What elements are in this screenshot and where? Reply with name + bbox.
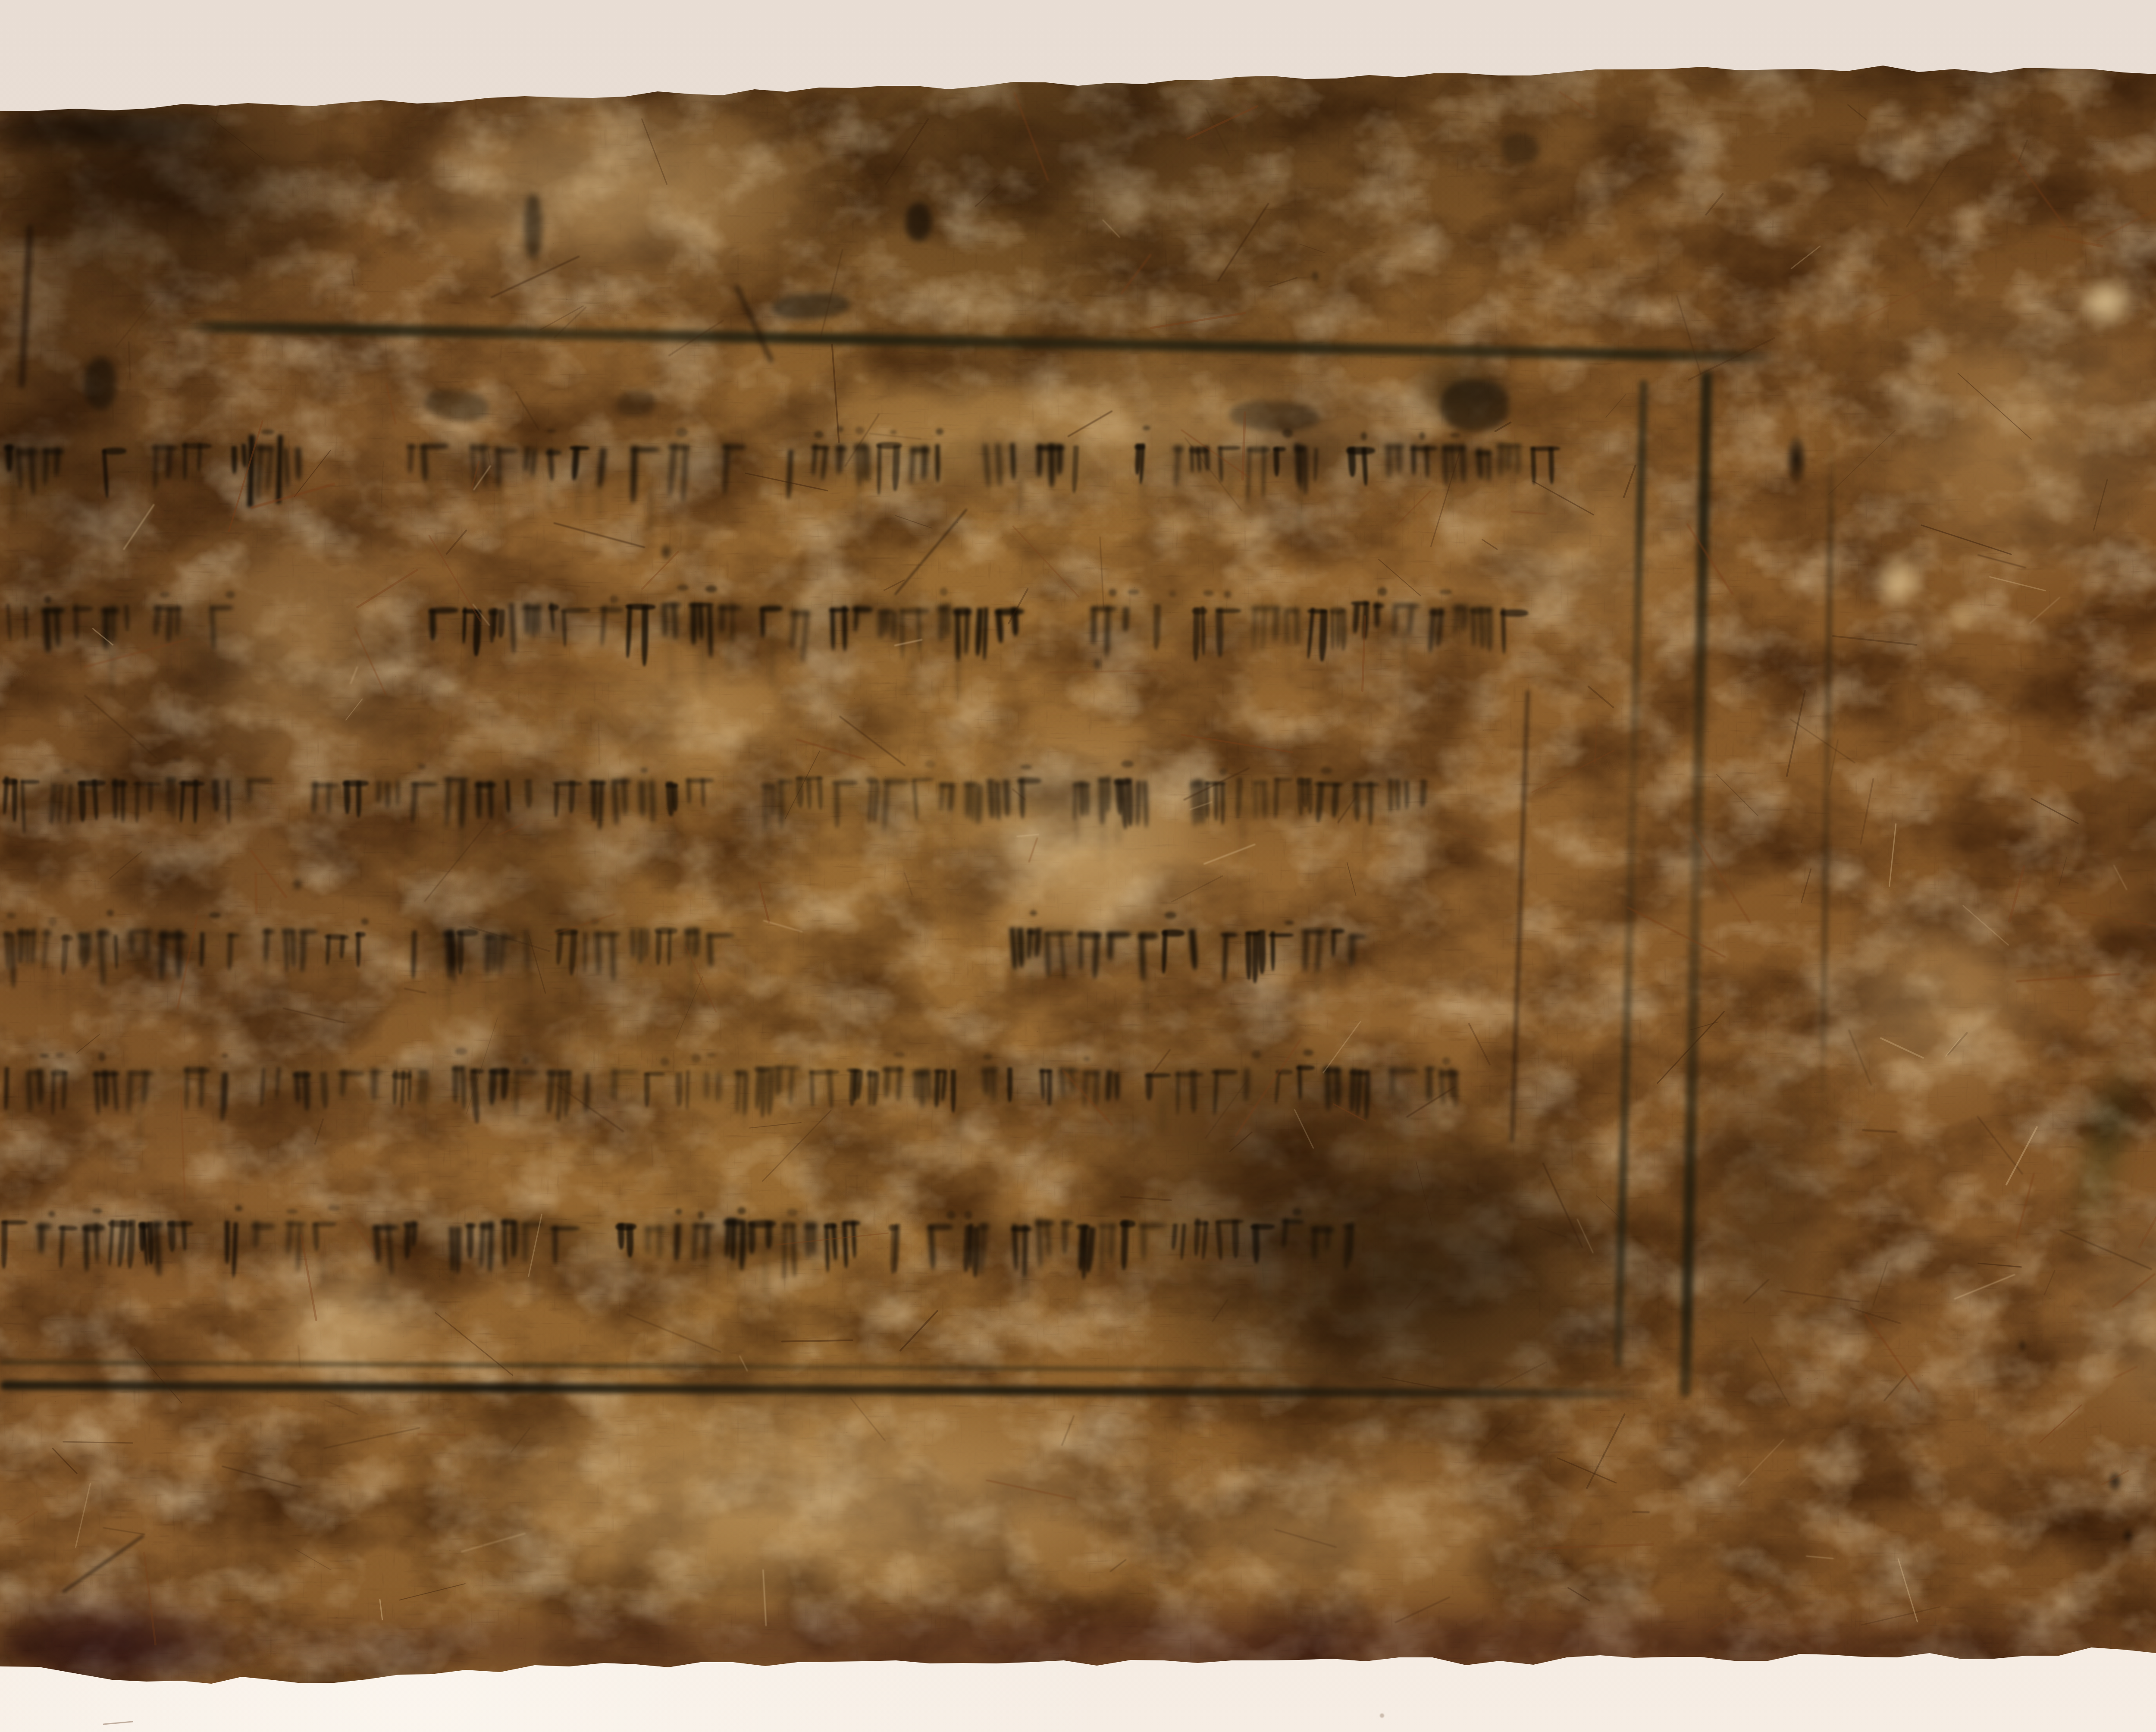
ink-headbar <box>97 929 110 937</box>
ink-descender <box>1333 637 1337 669</box>
ink-vowel-mark <box>92 1208 102 1214</box>
ink-headbar <box>108 1220 133 1227</box>
ink-headbar <box>1192 608 1207 615</box>
ink-descender <box>85 957 89 994</box>
ink-headbar <box>589 781 606 785</box>
ink-descender <box>563 1251 566 1304</box>
ink-vowel-mark <box>691 1054 701 1063</box>
ink-speck <box>2017 1339 2028 1352</box>
ink-headbar <box>1134 444 1145 450</box>
ink-headbar <box>748 1220 776 1228</box>
ink-headbar <box>877 610 894 614</box>
ink-descender <box>577 474 580 518</box>
ink-headbar <box>691 1223 715 1228</box>
ink-headbar <box>1500 609 1528 617</box>
ink-stroke <box>760 609 765 638</box>
ink-descender <box>224 1257 226 1315</box>
ink-headbar <box>796 776 823 781</box>
ink-headbar <box>2 778 18 785</box>
ink-descender <box>8 810 10 847</box>
ink-stroke <box>295 447 302 480</box>
ink-descender <box>957 1097 962 1139</box>
ink-smear-tail <box>403 459 759 518</box>
ink-descender <box>66 961 70 1017</box>
ink-descender <box>548 478 552 511</box>
ink-vowel-mark <box>107 910 114 916</box>
ink-descender <box>168 629 170 678</box>
ink-smear-tail <box>0 944 390 1003</box>
ink-descender <box>1332 480 1335 517</box>
ink-headbar <box>183 1067 210 1074</box>
ink-descender <box>649 484 652 532</box>
ink-headbar <box>293 1071 311 1079</box>
ink-vowel-mark <box>1321 767 1332 774</box>
ink-headbar <box>1011 1225 1031 1232</box>
ink-smear-tail <box>367 1236 906 1297</box>
ink-headbar <box>661 602 682 607</box>
ink-descender <box>198 468 201 520</box>
ink-headbar <box>1373 603 1384 608</box>
ink-vowel-mark <box>707 1053 715 1057</box>
ink-headbar <box>82 1224 105 1232</box>
ink-descender <box>447 965 450 1017</box>
ink-descender <box>1403 626 1407 678</box>
ink-descender <box>321 1248 325 1288</box>
ink-headbar <box>1076 1224 1090 1230</box>
ink-headbar <box>684 928 698 935</box>
ink-descender <box>179 1248 184 1285</box>
ink-headbar <box>644 1226 667 1231</box>
ink-stroke <box>37 1070 43 1105</box>
ink-descender <box>1511 468 1514 521</box>
ink-stroke <box>1294 608 1299 645</box>
ink-headbar <box>103 448 127 455</box>
ink-headbar <box>1268 933 1294 937</box>
ink-stroke <box>644 1073 650 1107</box>
light-patch <box>2076 274 2137 330</box>
script-line-3 <box>0 774 2156 837</box>
ink-descender <box>857 472 862 526</box>
ink-descender <box>470 637 473 684</box>
ink-vowel-mark <box>1169 591 1176 597</box>
ink-headbar <box>167 1221 194 1227</box>
ink-headbar <box>1349 1070 1368 1076</box>
ink-stroke <box>384 782 391 808</box>
ink-headbar <box>165 776 176 783</box>
ink-headbar <box>829 607 849 612</box>
ink-headbar <box>777 780 793 784</box>
ink-stroke <box>1245 932 1252 980</box>
stray-ink-mark <box>524 194 542 259</box>
ink-headbar <box>1216 608 1241 613</box>
ink-stroke <box>1091 607 1096 645</box>
ink-descender <box>284 964 287 998</box>
ink-headbar <box>1120 1220 1135 1227</box>
ink-descender <box>169 803 174 829</box>
ink-headbar <box>550 1226 580 1231</box>
ink-speck <box>1310 269 1320 283</box>
ink-vowel-mark <box>1128 589 1139 594</box>
ink-vowel-mark <box>610 595 618 603</box>
ink-descender <box>597 481 602 521</box>
ink-descender <box>1249 482 1252 526</box>
ink-headbar <box>882 779 909 784</box>
ink-headbar <box>1476 450 1492 456</box>
ink-headbar <box>721 444 746 451</box>
ink-descender <box>1070 1247 1074 1275</box>
ink-vowel-mark <box>676 428 688 436</box>
ink-descender <box>1263 1253 1267 1307</box>
ink-headbar <box>811 445 829 450</box>
ink-vowel-mark <box>328 1205 340 1211</box>
dust-speck <box>1380 1713 1384 1718</box>
ink-headbar <box>471 1069 484 1074</box>
ink-headbar <box>1 1220 27 1225</box>
ink-headbar <box>548 604 559 611</box>
ink-descender <box>567 811 572 835</box>
ink-headbar <box>1285 609 1299 613</box>
ink-stroke <box>467 1224 473 1259</box>
ink-headbar <box>789 610 810 617</box>
ink-descender <box>528 957 532 1011</box>
script-line-1 <box>0 440 2156 505</box>
ink-vowel-mark <box>1450 433 1460 438</box>
ink-headbar <box>1388 1067 1418 1074</box>
ink-headbar <box>42 448 64 455</box>
ink-descender <box>1365 813 1368 862</box>
ink-headbar <box>50 1070 67 1076</box>
ink-headbar <box>132 782 160 787</box>
ink-headbar <box>545 449 562 455</box>
ink-descender <box>421 1101 424 1147</box>
ink-descender <box>1339 953 1343 989</box>
ink-headbar <box>443 778 469 782</box>
ink-headbar <box>77 780 105 786</box>
ink-stroke <box>148 782 153 813</box>
ink-headbar <box>1162 929 1185 937</box>
ink-vowel-mark <box>705 585 717 593</box>
ink-headbar <box>1106 931 1131 938</box>
ink-headbar <box>501 1219 516 1225</box>
ink-descender <box>506 802 509 845</box>
ink-stroke <box>552 1225 558 1264</box>
ink-headbar <box>392 1072 411 1079</box>
ink-headbar <box>128 929 153 934</box>
ink-headbar <box>723 1219 743 1226</box>
ink-vowel-mark <box>1361 432 1367 440</box>
ink-headbar <box>655 927 677 934</box>
ink-stroke <box>1220 782 1225 825</box>
ink-descender <box>669 633 671 681</box>
light-patch <box>1121 1445 1552 1617</box>
ink-headbar <box>847 1068 861 1073</box>
ink-headbar <box>475 782 496 788</box>
ink-stroke <box>429 610 436 641</box>
ink-vowel-mark <box>1292 1208 1302 1216</box>
ink-stroke <box>637 929 644 964</box>
ink-vowel-mark <box>172 758 182 762</box>
ink-headbar <box>488 608 499 615</box>
ink-headbar <box>1175 1072 1203 1077</box>
ink-descender <box>562 960 565 1013</box>
ink-vowel-mark <box>1030 910 1037 916</box>
ink-headbar <box>754 1066 770 1073</box>
ink-headbar <box>1220 932 1238 938</box>
ink-descender <box>730 478 733 524</box>
ink-headbar <box>866 1070 877 1077</box>
ink-headbar <box>1138 1222 1166 1229</box>
ink-headbar <box>734 1070 746 1076</box>
ink-descender <box>110 639 115 693</box>
ink-stroke <box>12 779 18 822</box>
ink-descender <box>458 1098 461 1126</box>
ink-descender <box>1144 968 1148 1020</box>
ink-headbar <box>313 1221 336 1227</box>
ink-stroke <box>690 603 697 645</box>
ink-headbar <box>3 931 14 937</box>
ink-descender <box>1030 954 1033 1006</box>
ink-smear-tail <box>780 459 1117 518</box>
ink-headbar <box>1190 779 1201 786</box>
ink-descender <box>1432 1090 1434 1148</box>
ink-headbar <box>72 606 92 612</box>
ink-headbar <box>403 1221 417 1228</box>
ink-headbar <box>1044 931 1073 937</box>
ink-descender <box>893 816 896 853</box>
ink-headbar <box>1211 1069 1238 1075</box>
ink-vowel-mark <box>855 427 864 434</box>
ink-headbar <box>1114 778 1131 785</box>
ink-stroke <box>135 781 140 823</box>
ink-headbar <box>900 608 929 614</box>
light-patch <box>379 95 828 285</box>
ink-vowel-mark <box>44 596 51 604</box>
ink-vowel-mark <box>1084 1056 1091 1061</box>
ink-headbar <box>1246 931 1260 935</box>
ink-headbar <box>58 1225 77 1230</box>
ink-descender <box>1078 1262 1081 1311</box>
ink-descender <box>1419 800 1423 823</box>
ink-headbar <box>1439 1070 1458 1077</box>
ink-headbar <box>17 448 39 456</box>
script-line-6 <box>0 1216 2156 1283</box>
ink-headbar <box>100 607 120 613</box>
ink-headbar <box>910 446 930 453</box>
ink-headbar <box>781 1222 796 1229</box>
ink-headbar <box>835 446 847 451</box>
ink-headbar <box>255 445 274 451</box>
ink-descender <box>234 969 236 1019</box>
ink-stroke <box>522 1223 528 1263</box>
ink-headbar <box>1247 446 1270 453</box>
ink-descender <box>428 469 433 515</box>
ink-headbar <box>545 1069 571 1077</box>
ink-vowel-mark <box>63 769 71 773</box>
stray-ink-mark <box>905 202 932 242</box>
ink-descender <box>1402 1089 1404 1144</box>
ink-descender <box>658 1100 662 1134</box>
ink-stroke <box>1395 446 1403 474</box>
ink-headbar <box>1273 447 1286 452</box>
ink-headbar <box>1098 1224 1116 1229</box>
ink-headbar <box>1331 929 1344 934</box>
ink-descender <box>450 1256 454 1288</box>
ink-headbar <box>688 602 714 607</box>
ink-headbar <box>61 935 73 941</box>
ink-stroke <box>1404 781 1409 810</box>
ink-headbar <box>1442 444 1467 452</box>
ink-vowel-mark <box>698 1211 705 1220</box>
manuscript-leaf <box>0 0 2156 1732</box>
ink-descender <box>956 643 960 703</box>
ink-headbar <box>995 608 1024 616</box>
ink-headbar <box>866 777 878 784</box>
stray-ink-mark <box>1440 380 1509 431</box>
ink-vowel-mark <box>1442 1057 1451 1065</box>
ink-headbar <box>138 1222 149 1229</box>
ink-stroke <box>775 1066 782 1096</box>
ink-headbar <box>1429 609 1443 616</box>
ink-descender <box>761 1100 764 1133</box>
ink-headbar <box>978 1223 990 1230</box>
ink-descender <box>532 1258 536 1307</box>
ink-descender <box>891 1256 895 1304</box>
ink-descender <box>1476 641 1478 696</box>
ink-descender <box>1228 471 1233 496</box>
ink-headbar <box>1343 1224 1354 1229</box>
ink-headbar <box>182 442 212 449</box>
ink-descender <box>1457 630 1460 664</box>
ink-descender <box>276 1095 279 1145</box>
ink-vowel-mark <box>1109 589 1117 596</box>
ink-headbar <box>876 442 902 449</box>
ink-headbar <box>1250 1224 1275 1230</box>
ink-descender <box>672 806 675 858</box>
ink-headbar <box>153 606 182 611</box>
stray-ink-mark <box>84 358 116 410</box>
ink-descender <box>1298 478 1302 532</box>
ink-descender <box>155 474 158 499</box>
ink-vowel-mark <box>964 1211 972 1220</box>
script-line-4 <box>0 925 2156 990</box>
ink-headbar <box>1253 780 1267 786</box>
ink-descender <box>1390 803 1393 834</box>
ink-headbar <box>470 444 490 452</box>
ink-headbar <box>495 447 517 453</box>
ink-vowel-mark <box>361 918 369 926</box>
ink-descender <box>705 1250 709 1283</box>
ink-headbar <box>913 1069 930 1076</box>
ink-vowel-mark <box>1224 591 1231 598</box>
ink-headbar <box>1035 1219 1054 1227</box>
ink-headbar <box>1384 444 1405 449</box>
ink-headbar <box>1077 932 1102 939</box>
ink-vowel-mark <box>48 1211 56 1217</box>
ink-stroke <box>661 605 668 637</box>
ink-headbar <box>417 1070 427 1074</box>
ink-stroke <box>1385 447 1392 478</box>
ink-vowel-mark <box>787 1208 798 1216</box>
ink-headbar <box>284 1221 307 1226</box>
ink-headbar <box>809 1069 839 1075</box>
ink-descender <box>1117 812 1121 844</box>
photograph <box>0 0 2156 1732</box>
ink-headbar <box>179 781 204 786</box>
ink-headbar <box>706 933 734 938</box>
ink-headbar <box>666 783 678 788</box>
ink-headbar <box>824 1223 837 1229</box>
ink-headbar <box>452 1066 464 1072</box>
ink-smear-tail <box>0 793 285 850</box>
ink-headbar <box>1036 444 1065 451</box>
ink-headbar <box>843 1221 860 1226</box>
ink-headbar <box>373 1224 398 1230</box>
ink-headbar <box>610 1070 638 1074</box>
ink-descender <box>1160 1098 1165 1136</box>
ink-headbar <box>355 932 366 937</box>
ink-headbar <box>938 783 956 788</box>
ink-descender <box>980 1259 984 1294</box>
ink-descender <box>1299 1097 1302 1133</box>
ink-headbar <box>1495 443 1522 449</box>
ink-descender <box>1075 808 1078 844</box>
ink-descender <box>12 468 16 525</box>
ink-headbar <box>41 931 52 937</box>
ink-descender <box>1299 803 1303 845</box>
ink-stroke <box>510 1221 517 1258</box>
ink-headbar <box>151 444 178 450</box>
ink-headbar <box>1311 1226 1335 1233</box>
ink-stroke <box>630 928 636 957</box>
ink-headbar <box>311 783 339 787</box>
ink-headbar <box>35 1224 52 1230</box>
ink-stroke <box>524 779 532 808</box>
ink-descender <box>45 959 49 1010</box>
ink-descender <box>97 1258 99 1301</box>
ink-headbar <box>626 604 655 610</box>
ink-headbar <box>406 445 417 449</box>
ink-descender <box>743 1100 746 1129</box>
ink-descender <box>628 1247 632 1281</box>
ink-descender <box>701 637 705 695</box>
ink-descender <box>1175 480 1178 512</box>
ink-vowel-mark <box>261 429 274 435</box>
ink-stroke <box>454 1227 461 1274</box>
ink-descender <box>1018 476 1022 512</box>
ink-headbar <box>761 784 774 789</box>
ink-vowel-mark <box>1439 589 1452 595</box>
light-patch <box>410 1380 1229 1622</box>
ink-vowel-mark <box>226 591 235 599</box>
ink-descender <box>727 631 731 671</box>
ink-headbar <box>479 1222 493 1230</box>
ink-headbar <box>1027 929 1038 935</box>
ink-descender <box>100 965 103 1007</box>
ink-smear-tail <box>927 1236 1373 1297</box>
ink-stroke <box>356 932 360 967</box>
ink-descender <box>1240 806 1245 861</box>
ink-headbar <box>611 779 631 784</box>
ink-descender <box>1141 471 1145 502</box>
ink-headbar <box>882 1067 904 1073</box>
ink-headbar <box>937 605 948 613</box>
ink-headbar <box>76 932 88 940</box>
ink-headbar <box>1082 1070 1100 1076</box>
ink-headbar <box>246 778 273 783</box>
ink-vowel-mark <box>1219 768 1227 776</box>
ink-stroke <box>935 444 940 483</box>
ink-headbar <box>599 606 623 613</box>
